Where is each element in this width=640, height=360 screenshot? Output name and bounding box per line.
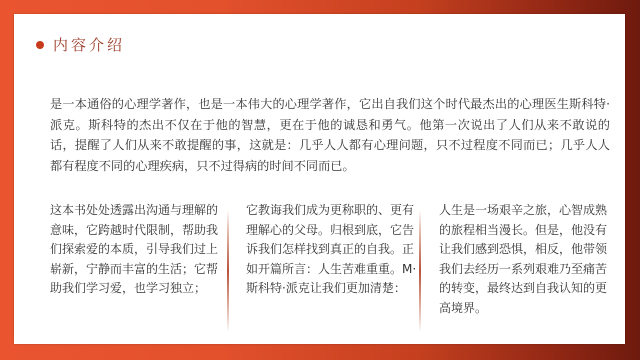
slide-panel: 内容介绍 是一本通俗的心理学著作，也是一本伟大的心理学著作，它出自我们这个时代最… <box>14 14 625 344</box>
intro-paragraph: 是一本通俗的心理学著作，也是一本伟大的心理学著作，它出自我们这个时代最杰出的心理… <box>50 94 610 176</box>
section-header: 内容介绍 <box>36 34 125 55</box>
column-3-text: 人生是一场艰辛之旅，心智成熟的旅程相当漫长。但是，他没有让我们感到恐惧，相反，他… <box>439 201 611 318</box>
column-divider-2 <box>419 210 421 332</box>
column-2-text: 它教诲我们成为更称职的、更有理解心的父母。归根到底，它告诉我们怎样找到真正的自我… <box>246 201 418 299</box>
section-title: 内容介绍 <box>53 34 125 55</box>
bullet-dot-icon <box>36 41 44 49</box>
column-divider-1 <box>227 210 229 332</box>
column-1-text: 这本书处处透露出沟通与理解的意味，它跨越时代限制，帮助我们探索爱的本质，引导我们… <box>50 201 222 299</box>
